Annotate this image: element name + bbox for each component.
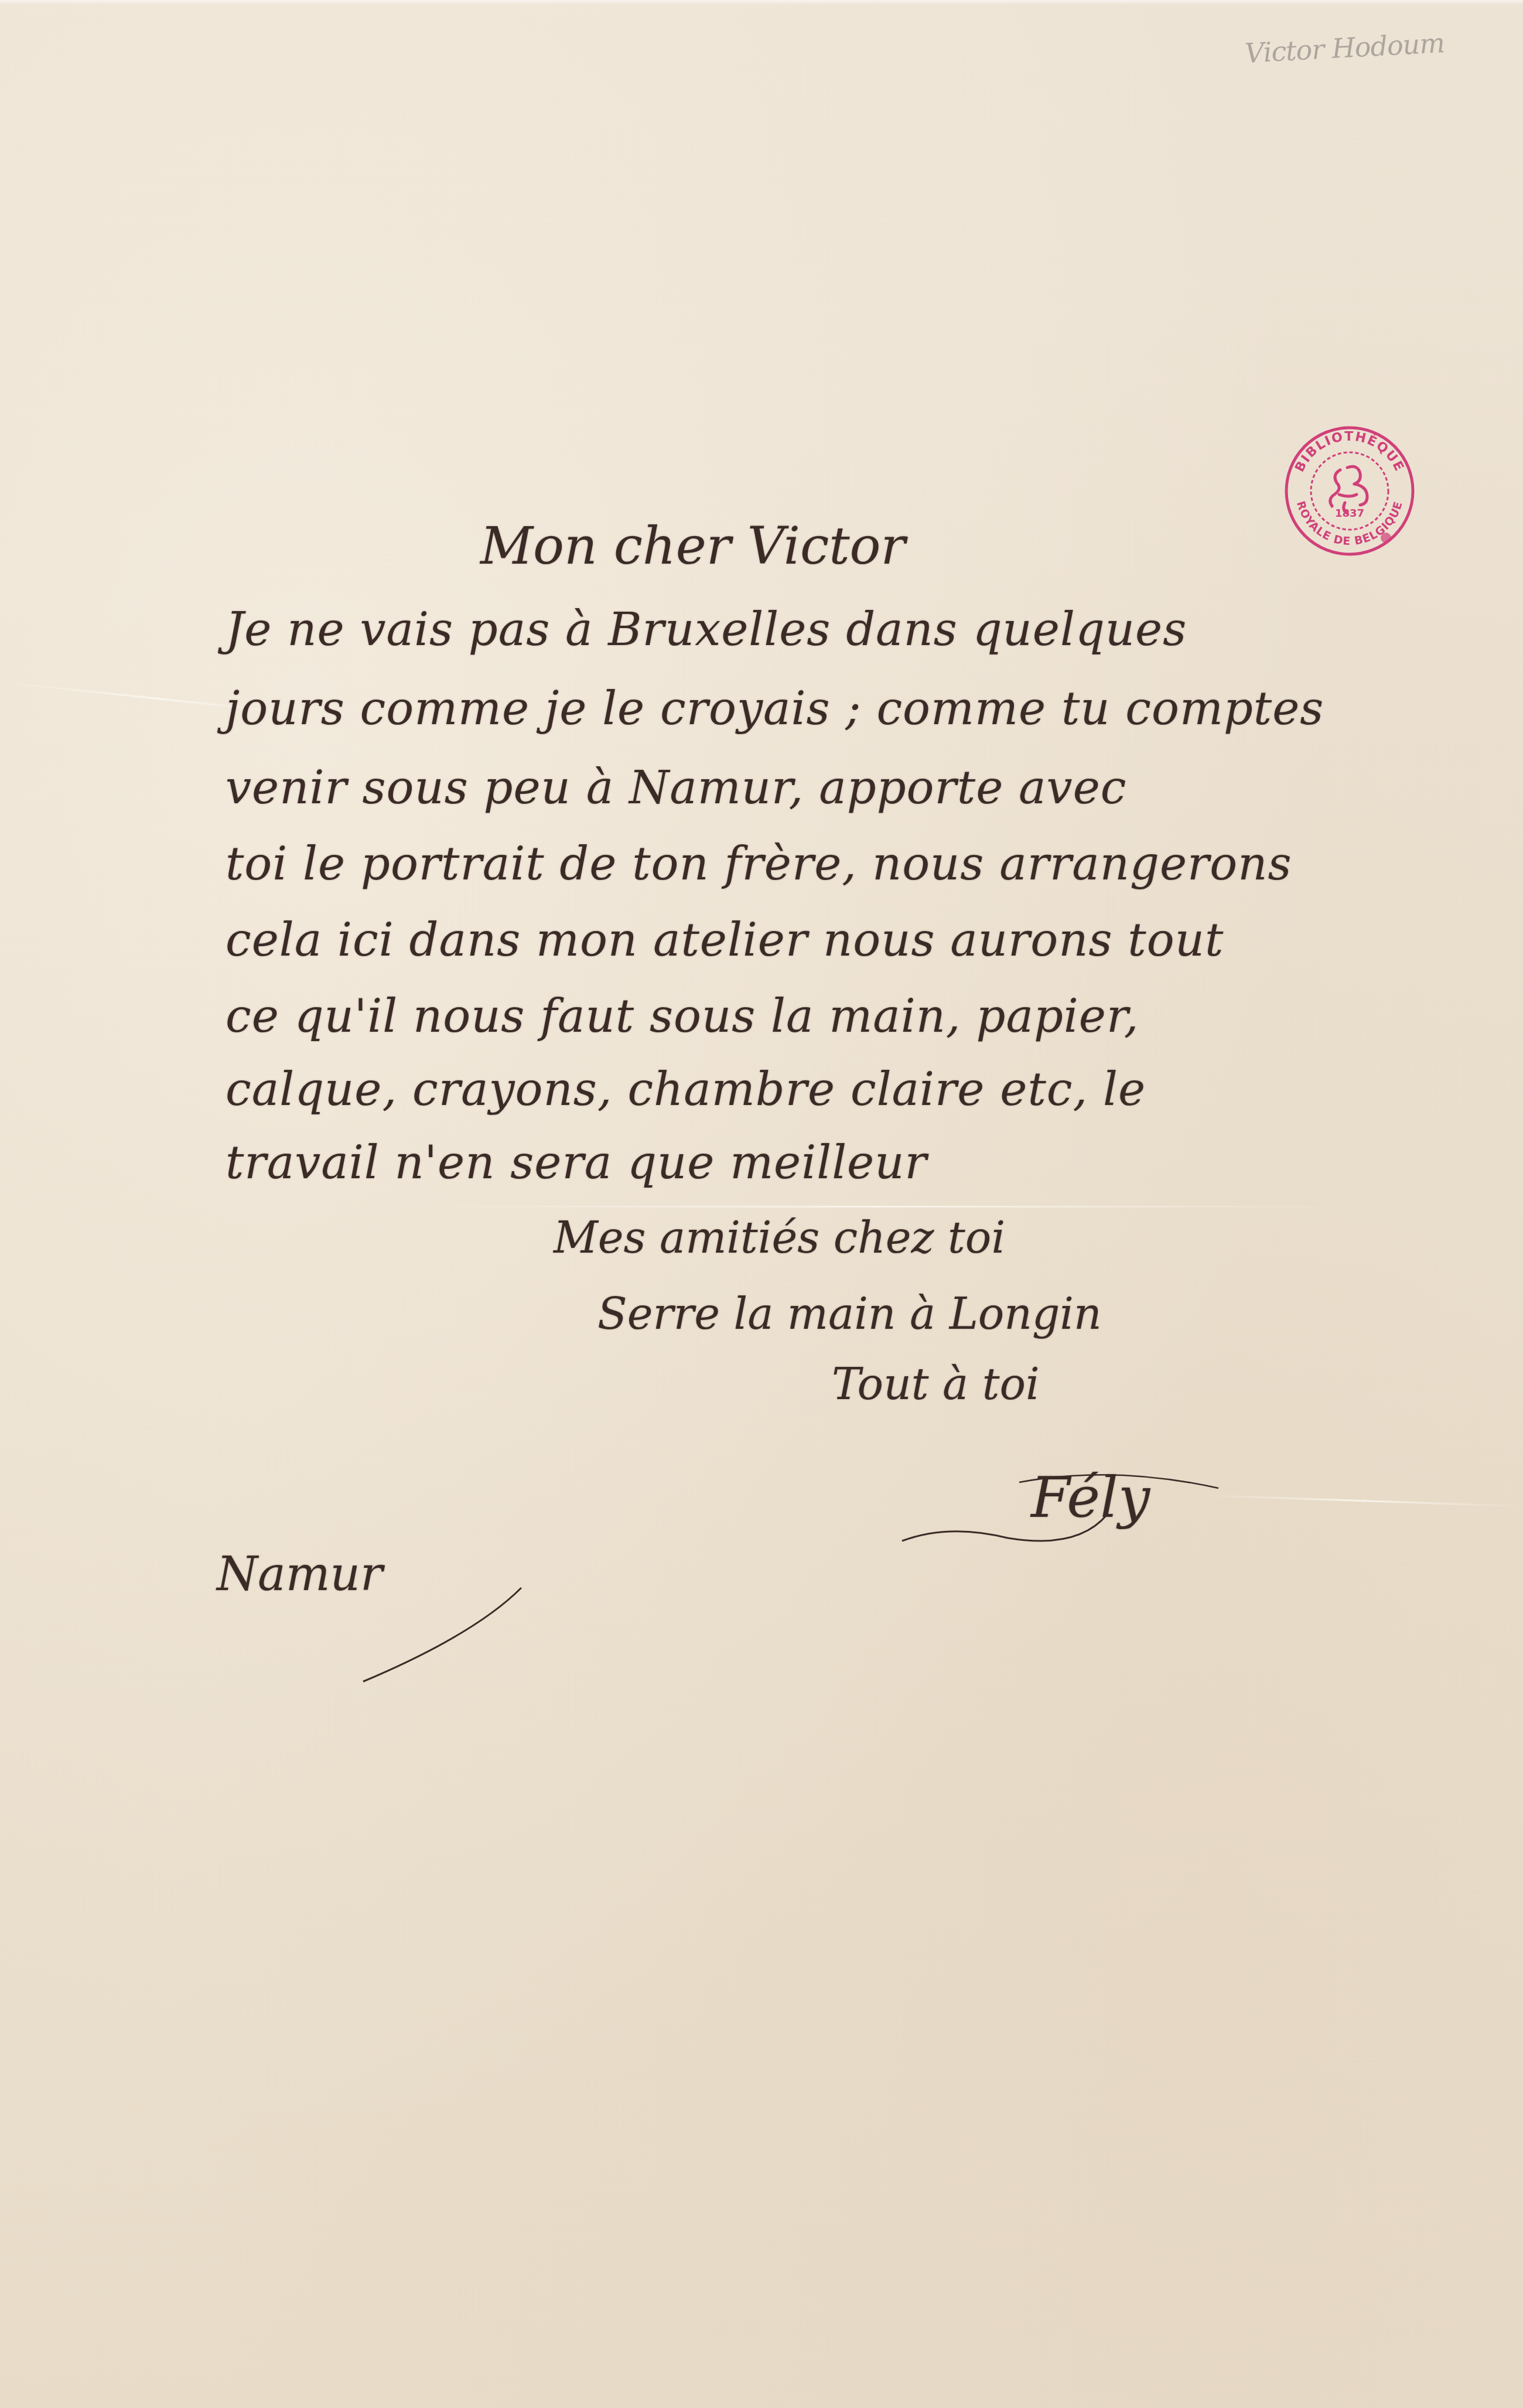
letter-body-line: cela ici dans mon atelier nous aurons to… bbox=[226, 914, 1224, 967]
signature-flourish-icon bbox=[896, 1471, 1224, 1547]
paper-top-edge bbox=[0, 0, 1523, 5]
library-stamp-icon: BIBLIOTHÈQUE ROYALE DE BELGIQUE 1837 bbox=[1282, 423, 1418, 559]
letter-closing-line: Tout à toi bbox=[832, 1359, 1040, 1410]
letter-body-line: calque, crayons, chambre claire etc, le bbox=[226, 1063, 1146, 1116]
lion-emblem-icon bbox=[1330, 466, 1367, 513]
letter-body-line: venir sous peu à Namur, apporte avec bbox=[226, 762, 1127, 814]
paper-crease bbox=[1201, 1494, 1523, 1507]
letter-body-line: jours comme je le croyais ; comme tu com… bbox=[226, 683, 1324, 735]
letter-closing-line: Mes amitiés chez toi bbox=[554, 1213, 1005, 1263]
place-flourish-icon bbox=[351, 1582, 539, 1687]
letter-closing-line: Serre la main à Longin bbox=[597, 1289, 1102, 1339]
letter-paper bbox=[0, 0, 1523, 2408]
letter-body-line: Je ne vais pas à Bruxelles dans quelques bbox=[226, 603, 1187, 656]
letter-body-line: travail n'en sera que meilleur bbox=[226, 1137, 927, 1189]
paper-crease bbox=[410, 1206, 1347, 1208]
stamp-number: 1837 bbox=[1335, 507, 1364, 520]
letter-salutation: Mon cher Victor bbox=[480, 516, 906, 576]
letter-body-line: ce qu'il nous faut sous la main, papier, bbox=[226, 990, 1139, 1043]
letter-body-line: toi le portrait de ton frère, nous arran… bbox=[226, 838, 1292, 891]
